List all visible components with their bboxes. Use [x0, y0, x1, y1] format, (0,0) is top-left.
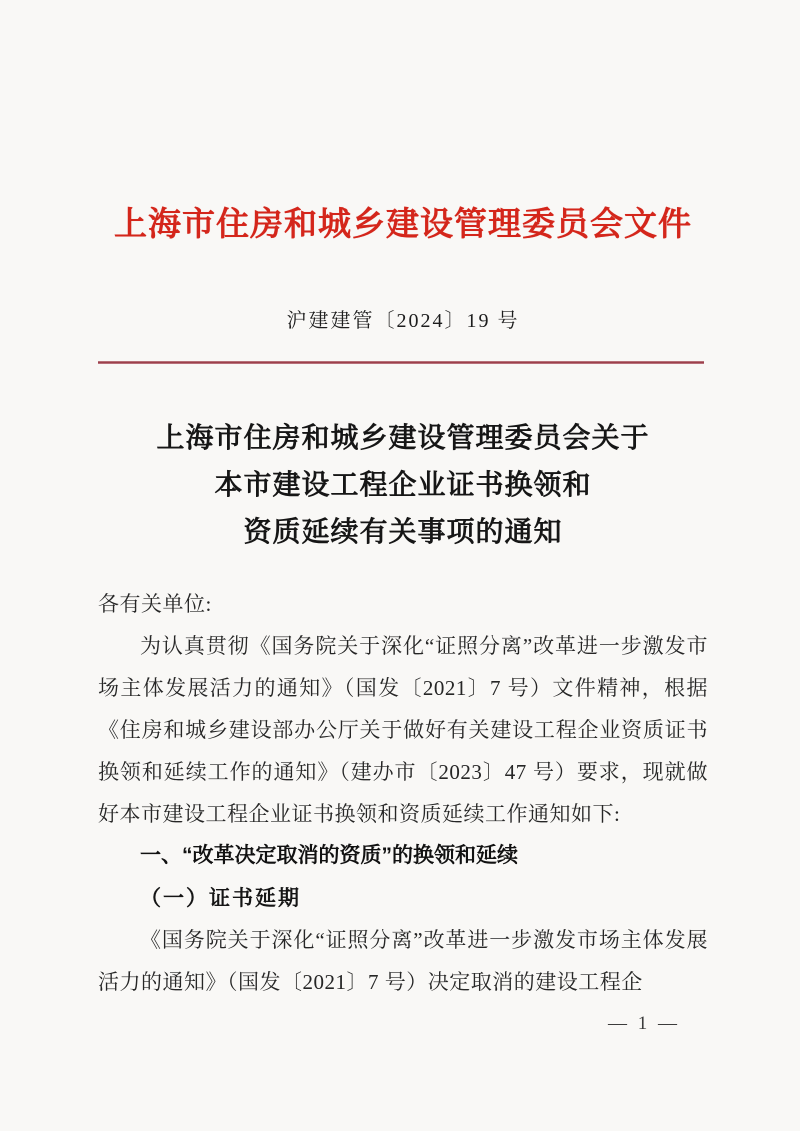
red-divider-line — [98, 361, 704, 364]
page-number: — 1 — — [98, 1013, 708, 1035]
body-paragraph-2: 《国务院关于深化“证照分离”改革进一步激发市场主体发展活力的通知》（国发〔202… — [98, 919, 708, 1003]
section-heading-level2: （一）证书延期 — [98, 877, 708, 919]
agency-banner: 上海市住房和城乡建设管理委员会文件 — [98, 203, 708, 247]
salutation: 各有关单位: — [98, 583, 708, 625]
doc-title-line-3: 资质延续有关事项的通知 — [98, 509, 708, 556]
document-page: 上海市住房和城乡建设管理委员会文件 沪建建管〔2024〕19 号 上海市住房和城… — [0, 0, 800, 1131]
body-paragraph-1: 为认真贯彻《国务院关于深化“证照分离”改革进一步激发市场主体发展活力的通知》（国… — [98, 625, 708, 835]
doc-title-line-2: 本市建设工程企业证书换领和 — [98, 462, 708, 509]
section-heading-level1: 一、“改革决定取消的资质”的换领和延续 — [98, 835, 708, 877]
doc-title-line-1: 上海市住房和城乡建设管理委员会关于 — [98, 415, 708, 462]
doc-body: 各有关单位: 为认真贯彻《国务院关于深化“证照分离”改革进一步激发市场主体发展活… — [98, 583, 708, 1003]
doc-title: 上海市住房和城乡建设管理委员会关于 本市建设工程企业证书换领和 资质延续有关事项… — [98, 415, 708, 556]
doc-number: 沪建建管〔2024〕19 号 — [98, 307, 708, 335]
